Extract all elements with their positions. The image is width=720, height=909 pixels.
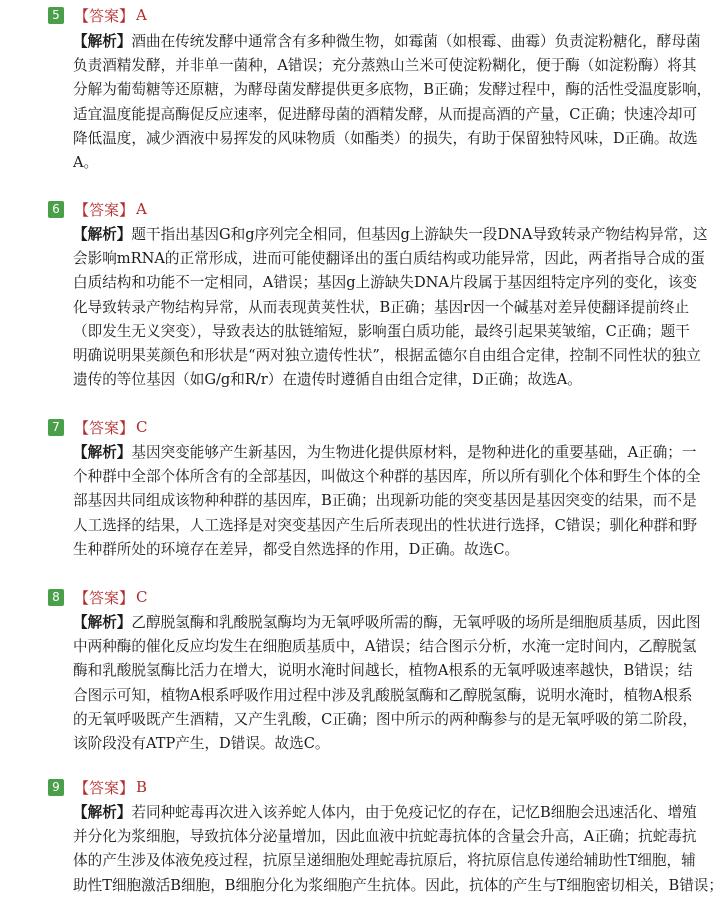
analysis-text: 【解析】乙醇脱氢酶和乳酸脱氢酶均为无氧呼吸所需的酶，无氧呼吸的场所是细胞质基质，… bbox=[73, 611, 685, 756]
answer-header: 8 【答案】 C bbox=[48, 587, 148, 607]
question-number-badge: 5 bbox=[48, 7, 64, 24]
analysis-line: 合图示可知，植物A根系呼吸作用过程中涉及乳酸脱氢酶和乙醇脱氢酶，说明水淹时，植物… bbox=[73, 684, 685, 708]
analysis-line: 遗传的等位基因（如G/g和R/r）在遗传时遵循自由组合定律，D正确；故选A。 bbox=[73, 368, 685, 392]
analysis-line: 的无氧呼吸既产生酒精，又产生乳酸，C正确；图中所示的两种酶参与的是无氧呼吸的第二… bbox=[73, 708, 685, 732]
answer-value: C bbox=[136, 418, 147, 436]
analysis-line: 个种群中全部个体所含有的全部基因，叫做这个种群的基因库，所以所有驯化个体和野生个… bbox=[73, 465, 685, 489]
analysis-line: 并分化为浆细胞，导致抗体分泌量增加，因此血液中抗蛇毒抗体的含量会升高，A正确；抗… bbox=[73, 825, 685, 849]
analysis-line: 白质结构和功能不一定相同，A错误；基因g上游缺失DNA片段属于基因组特定序列的变… bbox=[73, 271, 685, 295]
analysis-tag: 【解析】 bbox=[73, 226, 131, 243]
answer-header: 6 【答案】 A bbox=[48, 199, 147, 219]
analysis-line: 部基因共同组成该物种种群的基因库，B正确；出现新功能的突变基因是基因突变的结果，… bbox=[73, 489, 685, 513]
analysis-line: 中两种酶的催化反应均发生在细胞质基质中，A错误；结合图示分析，水淹一定时间内，乙… bbox=[73, 635, 685, 659]
question-number-badge: 7 bbox=[48, 419, 64, 436]
answer-value: B bbox=[136, 778, 147, 796]
analysis-line: 生种群所处的环境存在差异，都受自然选择的作用，D正确。故选C。 bbox=[73, 538, 685, 562]
analysis-line: 助性T细胞激活B细胞，B细胞分化为浆细胞产生抗体。因此，抗体的产生与T细胞密切相… bbox=[73, 874, 685, 898]
analysis-line: 降低温度，减少酒液中易挥发的风味物质（如酯类）的损失，有助于保留独特风味，D正确… bbox=[73, 127, 685, 151]
answer-tag: 【答案】 bbox=[74, 417, 134, 438]
analysis-tag: 【解析】 bbox=[73, 444, 131, 461]
analysis-line: 化导致转录产物结构异常，从而表现黄荚性状，B正确；基因r因一个碱基对差异使翻译提… bbox=[73, 296, 685, 320]
answer-header: 7 【答案】 C bbox=[48, 417, 148, 437]
analysis-text: 【解析】酒曲在传统发酵中通常含有多种微生物，如霉菌（如根霉、曲霉）负责淀粉糖化，… bbox=[73, 30, 685, 175]
answer-header: 5 【答案】 A bbox=[48, 5, 147, 25]
answer-header: 9 【答案】 B bbox=[48, 777, 147, 797]
analysis-line: 分解为葡萄糖等还原糖，为酵母菌发酵提供更多底物，B正确；发酵过程中，酶的活性受温… bbox=[73, 78, 685, 102]
analysis-tag: 【解析】 bbox=[73, 614, 131, 631]
question-number-badge: 9 bbox=[48, 779, 64, 796]
answer-tag: 【答案】 bbox=[74, 5, 134, 26]
analysis-line: A。 bbox=[73, 151, 685, 175]
analysis-line: 【解析】若同种蛇毒再次进入该养蛇人体内，由于免疫记忆的存在，记忆B细胞会迅速活化… bbox=[73, 801, 685, 825]
analysis-line: 【解析】酒曲在传统发酵中通常含有多种微生物，如霉菌（如根霉、曲霉）负责淀粉糖化，… bbox=[73, 30, 685, 54]
analysis-line: 会影响mRNA的正常形成，进而可能使翻译出的蛋白质结构或功能异常，因此，两者指导… bbox=[73, 247, 685, 271]
analysis-text: 【解析】若同种蛇毒再次进入该养蛇人体内，由于免疫记忆的存在，记忆B细胞会迅速活化… bbox=[73, 801, 685, 898]
analysis-line: 酶和乳酸脱氢酶比活力在增大，说明水淹时间越长，植物A根系的无氧呼吸速率越快，B错… bbox=[73, 659, 685, 683]
analysis-tag: 【解析】 bbox=[73, 804, 131, 821]
analysis-tag: 【解析】 bbox=[73, 33, 131, 50]
answer-value: A bbox=[136, 6, 147, 24]
analysis-line: 【解析】基因突变能够产生新基因，为生物进化提供原材料，是物种进化的重要基础，A正… bbox=[73, 441, 685, 465]
answer-value: C bbox=[136, 588, 147, 606]
analysis-line: 明确说明果荚颜色和形状是“两对独立遗传性状”，根据孟德尔自由组合定律，控制不同性… bbox=[73, 344, 685, 368]
analysis-line: 【解析】乙醇脱氢酶和乳酸脱氢酶均为无氧呼吸所需的酶，无氧呼吸的场所是细胞质基质，… bbox=[73, 611, 685, 635]
analysis-line: 【解析】题干指出基因G和g序列完全相同，但基因g上游缺失一段DNA导致转录产物结… bbox=[73, 223, 685, 247]
analysis-line: 适宜温度能提高酶促反应速率，促进酵母菌的酒精发酵，从而提高酒的产量，C正确；快速… bbox=[73, 103, 685, 127]
analysis-line: （即发生无义突变），导致表达的肽链缩短，影响蛋白质功能，最终引起果荚皱缩，C正确… bbox=[73, 320, 685, 344]
analysis-text: 【解析】基因突变能够产生新基因，为生物进化提供原材料，是物种进化的重要基础，A正… bbox=[73, 441, 685, 562]
answer-tag: 【答案】 bbox=[74, 199, 134, 220]
answer-tag: 【答案】 bbox=[74, 777, 134, 798]
question-number-badge: 6 bbox=[48, 201, 64, 218]
analysis-line: 该阶段没有ATP产生，D错误。故选C。 bbox=[73, 732, 685, 756]
question-number-badge: 8 bbox=[48, 589, 64, 606]
analysis-line: 负责酒精发酵，并非单一菌种，A错误；充分蒸熟山兰米可使淀粉糊化，便于酶（如淀粉酶… bbox=[73, 54, 685, 78]
answer-value: A bbox=[136, 200, 147, 218]
answer-tag: 【答案】 bbox=[74, 587, 134, 608]
analysis-line: 人工选择的结果，人工选择是对突变基因产生后所表现出的性状进行选择，C错误；驯化种… bbox=[73, 514, 685, 538]
analysis-line: 体的产生涉及体液免疫过程，抗原呈递细胞处理蛇毒抗原后，将抗原信息传递给辅助性T细… bbox=[73, 849, 685, 873]
analysis-text: 【解析】题干指出基因G和g序列完全相同，但基因g上游缺失一段DNA导致转录产物结… bbox=[73, 223, 685, 392]
